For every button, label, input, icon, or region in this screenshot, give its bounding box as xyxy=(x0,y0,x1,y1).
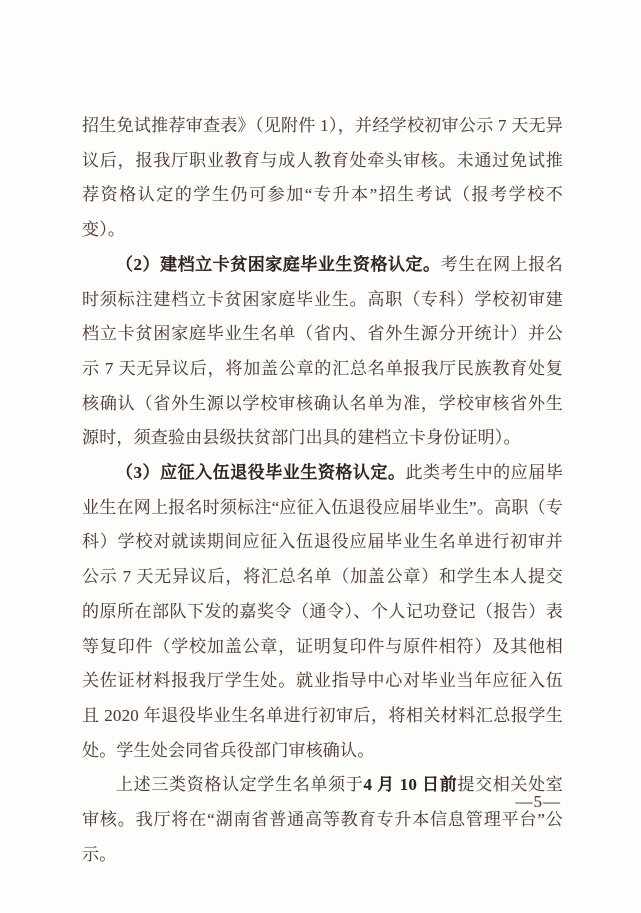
paragraph: 上述三类资格认定学生名单须于4 月 10 日前提交相关处室审核。我厅将在“湖南省… xyxy=(82,768,563,872)
body-text-run: 考生在网上报名时须标注建档立卡贫困家庭毕业生。高职（专科）学校初审建档立卡贫困家… xyxy=(82,255,563,448)
paragraph: （2）建档立卡贫困家庭毕业生资格认定。考生在网上报名时须标注建档立卡贫困家庭毕业… xyxy=(82,248,563,456)
bold-text-run: 4 月 10 日前 xyxy=(363,775,457,794)
paragraph: 招生免试推荐审查表》（见附件 1），并经学校初审公示 7 天无异议后，报我厅职业… xyxy=(82,109,563,248)
bold-text-run: （3）应征入伍退役毕业生资格认定。 xyxy=(116,463,406,482)
body-text-run: 招生免试推荐审查表》（见附件 1），并经学校初审公示 7 天无异议后，报我厅职业… xyxy=(82,116,563,239)
document-page: 招生免试推荐审查表》（见附件 1），并经学校初审公示 7 天无异议后，报我厅职业… xyxy=(0,0,641,913)
body-text-run: 此类考生中的应届毕业生在网上报名时须标注“应征入伍退役应届毕业生”。高职（专科）… xyxy=(82,463,563,760)
body-text-run: 上述三类资格认定学生名单须于 xyxy=(116,775,363,794)
paragraph: （3）应征入伍退役毕业生资格认定。此类考生中的应届毕业生在网上报名时须标注“应征… xyxy=(82,456,563,768)
document-body: 招生免试推荐审查表》（见附件 1），并经学校初审公示 7 天无异议后，报我厅职业… xyxy=(82,109,563,872)
bold-text-run: （2）建档立卡贫困家庭毕业生资格认定。 xyxy=(116,255,441,274)
page-number: —5— xyxy=(516,792,562,812)
